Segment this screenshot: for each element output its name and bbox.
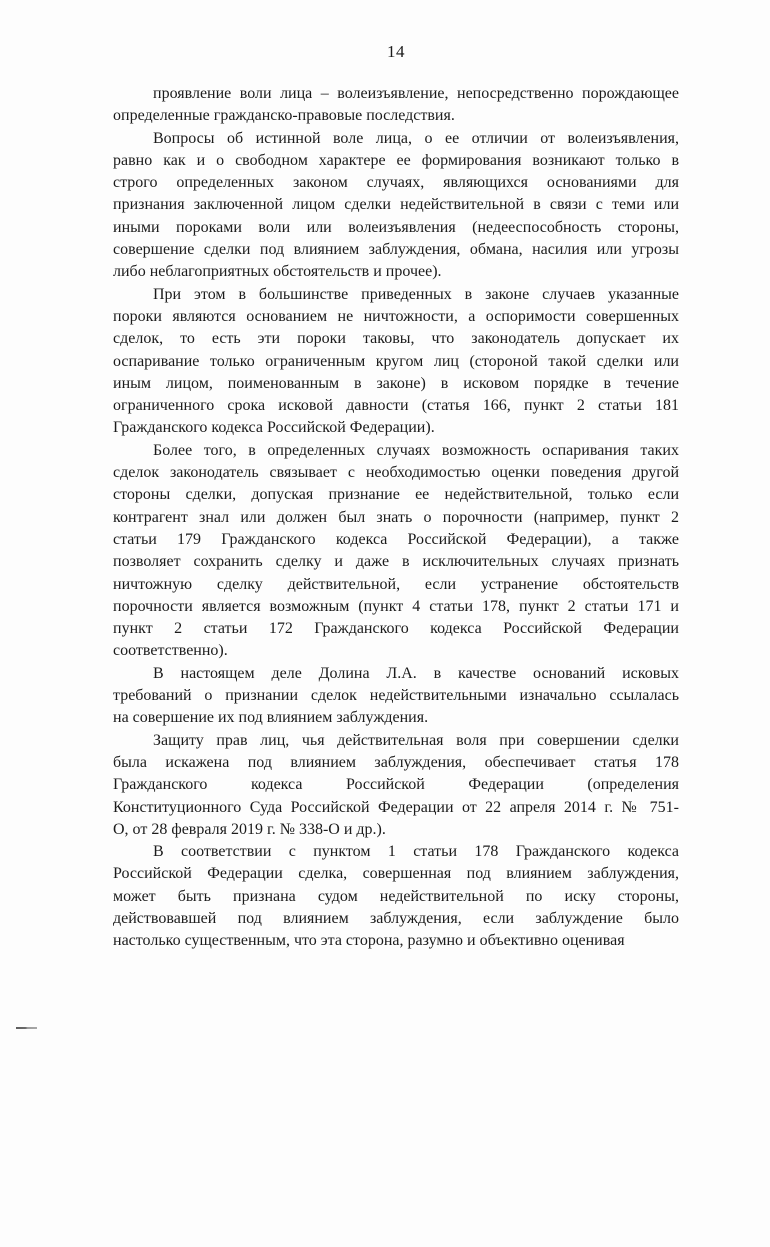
paragraph: Более того, в определенных случаях возмо… bbox=[113, 440, 679, 663]
paragraph: Защиту прав лиц, чья действительная воля… bbox=[113, 730, 679, 841]
text-line: равно как и о свободном характере ее фор… bbox=[113, 150, 679, 172]
text-line: контрагент знал или должен был знать о п… bbox=[113, 507, 679, 529]
text-line: требований о признании сделок недействит… bbox=[113, 685, 679, 707]
page-number: 14 bbox=[113, 42, 679, 62]
text-line: порочности является возможным (пункт 4 с… bbox=[113, 596, 679, 618]
text-line: Защиту прав лиц, чья действительная воля… bbox=[113, 730, 679, 752]
text-line: действовавшей под влиянием заблуждения, … bbox=[113, 908, 679, 930]
text-line: признания заключенной лицом сделки недей… bbox=[113, 194, 679, 216]
paragraph: При этом в большинстве приведенных в зак… bbox=[113, 284, 679, 440]
paragraph: проявление воли лица – волеизъявление, н… bbox=[113, 83, 679, 128]
text-line: Российской Федерации сделка, совершенная… bbox=[113, 863, 679, 885]
document-page: { "page": { "number": "14", "paragraphs"… bbox=[0, 0, 770, 1247]
text-line: позволяет сохранить сделку и даже в искл… bbox=[113, 551, 679, 573]
paragraph: В соответствии с пунктом 1 статьи 178 Гр… bbox=[113, 841, 679, 952]
text-line: При этом в большинстве приведенных в зак… bbox=[113, 284, 679, 306]
text-line: ничтожную сделку действительной, если ус… bbox=[113, 574, 679, 596]
text-line: совершение сделки под влиянием заблужден… bbox=[113, 239, 679, 261]
paragraph: Вопросы об истинной воле лица, о ее отли… bbox=[113, 128, 679, 284]
paragraph: В настоящем деле Долина Л.А. в качестве … bbox=[113, 663, 679, 730]
document-body: проявление воли лица – волеизъявление, н… bbox=[113, 83, 679, 953]
text-line: сделок, то есть эти пороки таковы, что з… bbox=[113, 328, 679, 350]
text-line: может быть признана судом недействительн… bbox=[113, 886, 679, 908]
text-line: Более того, в определенных случаях возмо… bbox=[113, 440, 679, 462]
text-line: определенные гражданско-правовые последс… bbox=[113, 105, 679, 127]
text-line: строго определенных законом случаях, явл… bbox=[113, 172, 679, 194]
text-line: была искажена под влиянием заблуждения, … bbox=[113, 752, 679, 774]
text-line: сделок законодатель связывает с необходи… bbox=[113, 462, 679, 484]
text-line: В соответствии с пунктом 1 статьи 178 Гр… bbox=[113, 841, 679, 863]
text-line: В настоящем деле Долина Л.А. в качестве … bbox=[113, 663, 679, 685]
text-line: оспаривание только ограниченным кругом л… bbox=[113, 351, 679, 373]
text-line: либо неблагоприятных обстоятельств и про… bbox=[113, 261, 679, 283]
text-line: иным лицом, поименованным в законе) в ис… bbox=[113, 373, 679, 395]
text-line: Вопросы об истинной воле лица, о ее отли… bbox=[113, 128, 679, 150]
text-line: соответственно). bbox=[113, 640, 679, 662]
text-line: статьи 179 Гражданского кодекса Российск… bbox=[113, 529, 679, 551]
text-line: ограниченного срока исковой давности (ст… bbox=[113, 395, 679, 417]
text-line: пороки являются основанием не ничтожност… bbox=[113, 306, 679, 328]
text-line: пункт 2 статьи 172 Гражданского кодекса … bbox=[113, 618, 679, 640]
text-line: стороны сделки, допуская признание ее не… bbox=[113, 484, 679, 506]
text-line: Конституционного Суда Российской Федерац… bbox=[113, 797, 679, 819]
text-line: иными пороками воли или волеизъявления (… bbox=[113, 217, 679, 239]
text-line: Гражданского кодекса Российской Федераци… bbox=[113, 417, 679, 439]
text-line: Гражданского кодекса Российской Федераци… bbox=[113, 774, 679, 796]
text-line: проявление воли лица – волеизъявление, н… bbox=[113, 83, 679, 105]
text-line: настолько существенным, что эта сторона,… bbox=[113, 930, 679, 952]
scan-margin-mark bbox=[16, 1027, 37, 1029]
text-line: на совершение их под влиянием заблуждени… bbox=[113, 707, 679, 729]
text-line: О, от 28 февраля 2019 г. № 338-О и др.). bbox=[113, 819, 679, 841]
